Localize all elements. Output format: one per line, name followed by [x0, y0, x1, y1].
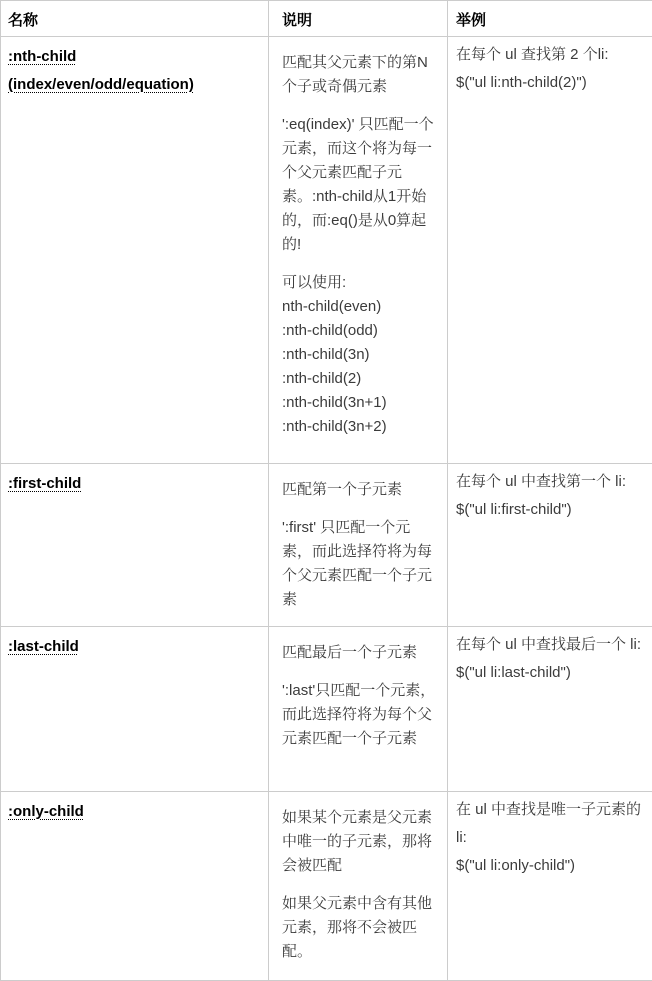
table-header-row: 名称 说明 举例 [1, 1, 652, 37]
description-paragraph: 匹配其父元素下的第N个子或奇偶元素 [282, 51, 438, 99]
selector-link-only-child[interactable]: :only-child [8, 803, 84, 820]
table-row-only-child: :only-child 如果某个元素是父元素中唯一的子元素，那将会被匹配 如果父… [1, 792, 652, 981]
description-cell: 匹配其父元素下的第N个子或奇偶元素 ':eq(index)' 只匹配一个元素，而… [269, 37, 448, 464]
description-paragraph: ':last'只匹配一个元素，而此选择符将为每个父元素匹配一个子元素 [282, 679, 438, 751]
table-row-first-child: :first-child 匹配第一个子元素 ':first' 只匹配一个元素，而… [1, 464, 652, 627]
example-cell: 在每个 ul 中查找最后一个 li: $("ul li:last-child") [448, 627, 652, 792]
documentation-page: 名称 说明 举例 :nth-child (index/even/odd/equa… [0, 0, 652, 981]
selector-link-last-child[interactable]: :last-child [8, 638, 79, 655]
description-paragraph: 匹配最后一个子元素 [282, 641, 438, 665]
selector-link-nth-child[interactable]: :nth-child (index/even/odd/equation) [8, 48, 194, 93]
name-cell: :only-child [1, 792, 269, 981]
description-paragraph: ':first' 只匹配一个元素，而此选择符将为每个父元素匹配一个子元素 [282, 516, 438, 612]
description-paragraph: 匹配第一个子元素 [282, 478, 438, 502]
description-paragraph: ':eq(index)' 只匹配一个元素，而这个将为每一个父元素匹配子元素。:n… [282, 113, 438, 257]
description-cell: 如果某个元素是父元素中唯一的子元素，那将会被匹配 如果父元素中含有其他元素，那将… [269, 792, 448, 981]
description-cell: 匹配最后一个子元素 ':last'只匹配一个元素，而此选择符将为每个父元素匹配一… [269, 627, 448, 792]
table-row-nth-child: :nth-child (index/even/odd/equation) 匹配其… [1, 37, 652, 464]
description-paragraph: 如果父元素中含有其他元素，那将不会被匹配。 [282, 892, 438, 964]
description-paragraph: 可以使用: nth-child(even) :nth-child(odd) :n… [282, 271, 438, 439]
example-cell: 在每个 ul 查找第 2 个li: $("ul li:nth-child(2)"… [448, 37, 652, 464]
table-row-last-child: :last-child 匹配最后一个子元素 ':last'只匹配一个元素，而此选… [1, 627, 652, 792]
column-header-example: 举例 [448, 1, 652, 37]
name-cell: :first-child [1, 464, 269, 627]
column-header-description: 说明 [269, 1, 448, 37]
name-cell: :last-child [1, 627, 269, 792]
name-cell: :nth-child (index/even/odd/equation) [1, 37, 269, 464]
example-cell: 在每个 ul 中查找第一个 li: $("ul li:first-child") [448, 464, 652, 627]
selector-link-first-child[interactable]: :first-child [8, 475, 81, 492]
example-cell: 在 ul 中查找是唯一子元素的 li: $("ul li:only-child"… [448, 792, 652, 981]
description-paragraph: 如果某个元素是父元素中唯一的子元素，那将会被匹配 [282, 806, 438, 878]
description-cell: 匹配第一个子元素 ':first' 只匹配一个元素，而此选择符将为每个父元素匹配… [269, 464, 448, 627]
column-header-name: 名称 [1, 1, 269, 37]
child-selectors-reference-table: 名称 说明 举例 :nth-child (index/even/odd/equa… [0, 0, 652, 981]
